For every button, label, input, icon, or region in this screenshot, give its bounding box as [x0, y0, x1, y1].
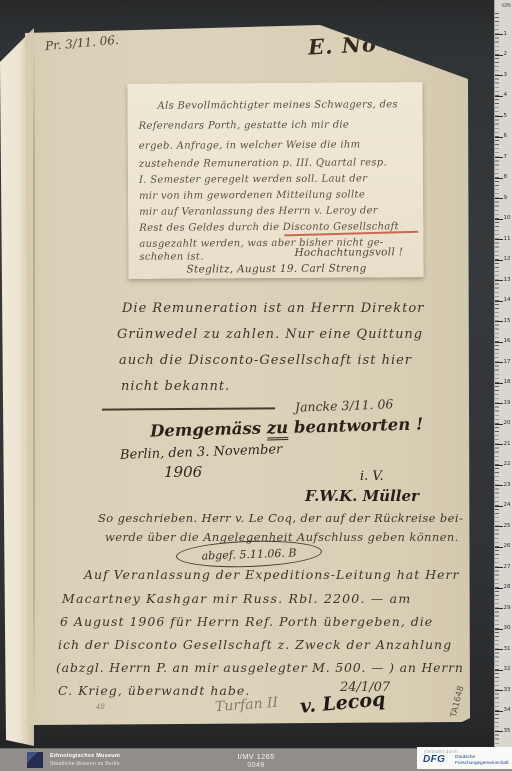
ruler-number: 3 — [504, 72, 508, 79]
ruler-number: 9 — [504, 195, 508, 202]
ruler-scale: cm 1234567891011121314151617181920212223… — [494, 0, 512, 748]
ruler-major-tick — [495, 403, 503, 404]
ruler-number: 17 — [504, 359, 511, 366]
ruler-major-tick — [495, 506, 503, 507]
ruler-major-tick — [495, 260, 503, 261]
ruler-number: 24 — [504, 502, 511, 509]
ruler-number: 25 — [504, 523, 511, 530]
ruler-number: 12 — [504, 256, 511, 263]
remark-signature: Jancke 3/11. 06 — [295, 396, 394, 414]
ruler-major-tick — [495, 280, 503, 281]
per-pro: i. V. — [360, 469, 384, 484]
ruler-number: 33 — [504, 687, 511, 694]
year: 1906 — [164, 463, 202, 481]
ruler-major-tick — [495, 629, 503, 630]
ruler-major-tick — [495, 301, 503, 302]
letter-line: mir auf Veranlassung des Herrn v. Leroy … — [139, 205, 378, 217]
dfg-logo-icon: DFG — [423, 754, 445, 765]
ruler-major-tick — [495, 711, 503, 712]
ruler-number: 10 — [504, 215, 511, 222]
letter-line: zustehende Remuneration p. III. Quartal … — [139, 157, 387, 170]
ruler-number: 32 — [504, 666, 511, 673]
remark-line: Grünwedel zu zahlen. Nur eine Quittung — [117, 327, 423, 342]
ruler-number: 22 — [504, 461, 511, 468]
pasted-letter-card: Als Bevollmächtigter meines Schwagers, d… — [127, 82, 423, 279]
ruler-number: 8 — [504, 174, 508, 181]
letter-line: schehen ist. — [139, 251, 203, 262]
ruler-number: 29 — [504, 605, 511, 612]
ruler-major-tick — [495, 137, 503, 138]
ruler-major-tick — [495, 424, 503, 425]
ruler-major-tick — [495, 96, 503, 97]
signature-mueller: F.W.K. Müller — [305, 487, 419, 505]
ruler-number: 21 — [504, 441, 511, 448]
ruler-major-tick — [495, 198, 503, 199]
ruler-number: 19 — [504, 400, 511, 407]
ruler-major-tick — [495, 670, 503, 671]
ruler-major-tick — [495, 219, 503, 220]
ruler-major-tick — [495, 608, 503, 609]
ruler-number: 1 — [504, 31, 508, 38]
ruler-major-tick — [495, 547, 503, 548]
payment-line: ich der Disconto Gesellschaft z. Zweck d… — [58, 637, 452, 652]
ruler-major-tick — [495, 178, 503, 179]
payment-line: Macartney Kashgar mir Russ. Rbl. 2200. —… — [62, 591, 411, 606]
dfg-logo-box: Gefördert durch DFG Deutsche Forschungsg… — [417, 747, 512, 769]
ruler-major-tick — [495, 383, 503, 384]
digitization-footer: Ethnologisches Museum Staatliche Museen … — [0, 748, 512, 771]
ruler-major-tick — [495, 321, 503, 322]
ruler-major-tick — [495, 444, 503, 445]
processing-mark: Pr. 3/11. 06. — [45, 33, 120, 53]
funder-name: Forschungsgemeinschaft — [455, 761, 509, 766]
ruler-number: 15 — [504, 318, 511, 325]
remark-line: auch die Disconto-Gesellschaft ist hier — [119, 353, 412, 368]
directive-text: Demgemäss — [150, 419, 267, 441]
ruler-number: 28 — [504, 584, 511, 591]
ruler-major-tick — [495, 690, 503, 691]
payment-line: 6 August 1906 für Herrn Ref. Porth überg… — [60, 614, 433, 629]
ruler-major-tick — [495, 567, 503, 568]
ledger-page: Pr. 3/11. 06. E. No 1955/06 Als Bevollmä… — [0, 0, 512, 771]
ruler-major-tick — [495, 588, 503, 589]
remark-line: nicht bekannt. — [121, 379, 230, 394]
ruler-number: 11 — [504, 236, 511, 243]
page-number-pencil: 48 — [96, 703, 105, 711]
ruler-major-tick — [495, 116, 503, 117]
ruler-number: 16 — [504, 338, 511, 345]
letter-line: Als Bevollmächtigter meines Schwagers, d… — [158, 99, 398, 111]
directive-text: beantworten ! — [288, 414, 424, 437]
ruler-number: 23 — [504, 482, 511, 489]
letter-line: I. Semester geregelt werden soll. Laut d… — [139, 173, 367, 185]
ruler-major-tick — [495, 526, 503, 527]
ruler-major-tick — [495, 485, 503, 486]
letter-line: mir von ihm gewordenen Mitteilung sollte — [139, 189, 365, 201]
ruler-unit-label: cm — [502, 3, 511, 9]
letter-line: Referendars Porth, gestatte ich mir die — [139, 120, 350, 132]
ruler-number: 6 — [504, 133, 508, 140]
ruler-number: 30 — [504, 625, 511, 632]
signature-pencil: Turfan II — [215, 695, 279, 715]
ruler-number: 20 — [504, 420, 511, 427]
ruler-number: 34 — [504, 707, 511, 714]
signature-lecoq: v. Lecoq — [299, 688, 386, 717]
ruler-number: 7 — [504, 154, 508, 161]
ruler-major-tick — [495, 34, 503, 35]
ruler-major-tick — [495, 342, 503, 343]
ruler-major-tick — [495, 75, 503, 76]
ruler-number: 2 — [504, 51, 508, 58]
funder-name: Deutsche — [455, 755, 475, 760]
ruler-major-tick — [495, 465, 503, 466]
ruler-number: 31 — [504, 646, 511, 653]
ruler-major-tick — [495, 731, 503, 732]
ruler-number: 26 — [504, 543, 511, 550]
ruler-number: 5 — [504, 113, 508, 120]
payment-line: Auf Veranlassung der Expeditions-Leitung… — [84, 567, 460, 582]
ruler-major-tick — [495, 239, 503, 240]
remark-line: Die Remuneration ist an Herrn Direktor — [122, 301, 424, 316]
directive: Demgemäss zu beantworten ! — [150, 414, 424, 440]
ruler-number: 14 — [504, 297, 511, 304]
ruler-number: 18 — [504, 379, 511, 386]
place-date: Berlin, den 3. November — [120, 442, 283, 463]
ruler-number: 27 — [504, 564, 511, 571]
letter-signature: Steglitz, August 19. Carl Streng — [187, 262, 367, 275]
ruler-number: 4 — [504, 92, 508, 99]
separator-line — [102, 407, 275, 410]
letter-line: ergeb. Anfrage, in welcher Weise die ihm — [139, 139, 361, 151]
directive-emphasis: zu — [267, 418, 289, 441]
dispatch-mark: abgef. 5.11.06. B — [201, 546, 296, 562]
ruler-major-tick — [495, 649, 503, 650]
side-mark-vertical: TA1648 — [449, 685, 466, 718]
ruler-major-tick — [495, 55, 503, 56]
ruler-major-tick — [495, 362, 503, 363]
lecoq-note-line: So geschrieben. Herr v. Le Coq, der auf … — [98, 511, 463, 525]
payment-line: C. Krieg, überwandt habe. — [58, 683, 250, 698]
payment-line: (abzgl. Herrn P. an mir ausgelegter M. 5… — [56, 660, 464, 675]
letter-closing: Hochachtungsvoll ! — [294, 246, 403, 259]
ruler-number: 35 — [504, 728, 511, 735]
scan-viewport: Pr. 3/11. 06. E. No 1955/06 Als Bevollmä… — [0, 0, 512, 771]
ruler-number: 13 — [504, 277, 511, 284]
ruler-major-tick — [495, 157, 503, 158]
file-number: E. No 1955/06 — [307, 25, 488, 59]
